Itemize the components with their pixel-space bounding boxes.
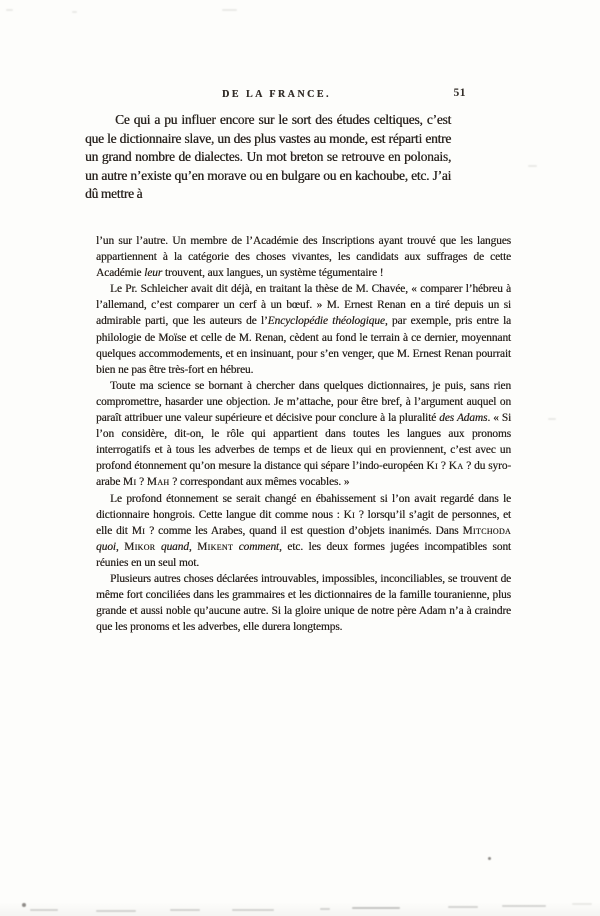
text-run-smallcaps: Ki — [426, 460, 438, 472]
text-run: ? correspondant aux mêmes vocables. » — [169, 476, 349, 488]
text-run: ? — [438, 460, 449, 472]
scan-artifact — [528, 165, 537, 167]
text-run-italic: des Adams — [439, 412, 487, 424]
running-title: DE LA FRANCE. — [85, 89, 468, 100]
text-run-smallcaps: Ka — [449, 460, 464, 472]
scan-smudge — [352, 907, 400, 909]
text-run-smallcaps: Mitchoda — [462, 525, 511, 537]
scan-speck — [488, 857, 491, 860]
paragraph: Toute ma science se bornant à chercher d… — [96, 378, 511, 491]
text-run-smallcaps: Mah — [147, 476, 170, 488]
scan-smudge — [448, 906, 478, 908]
text-run-italic: leur — [144, 267, 162, 279]
scan-smudge — [30, 909, 58, 911]
paragraph: Le profond étonnement se serait changé e… — [96, 491, 511, 571]
text-run: ? comme les Arabes, quand il est questio… — [145, 525, 462, 537]
running-head: DE LA FRANCE. 51 — [85, 89, 468, 105]
paragraph: Ce qui a pu influer encore sur le sort d… — [85, 111, 451, 204]
scan-smudge — [170, 909, 200, 911]
scan-smudge — [502, 905, 546, 907]
text-run-smallcaps: Mi — [132, 525, 145, 537]
text-run-smallcaps: Mi — [123, 476, 136, 488]
text-run: , — [116, 541, 124, 553]
text-run-smallcaps: Mikor — [124, 541, 155, 553]
text-run-smallcaps: Ki — [343, 509, 355, 521]
text-run-italic: quoi — [96, 541, 116, 553]
text-run-italic: comment — [239, 541, 279, 553]
text-run: trouvent, aux langues, un système tégume… — [162, 267, 383, 279]
main-text-block: Ce qui a pu influer encore sur le sort d… — [85, 111, 451, 204]
scan-artifact — [72, 11, 77, 13]
scan-smudge — [232, 909, 274, 911]
scan-artifact — [6, 9, 13, 11]
text-run-smallcaps: Mikent — [197, 541, 233, 553]
scan-speck — [22, 903, 26, 907]
text-run-italic: Encyclopédie théologique — [268, 315, 385, 327]
page-number: 51 — [454, 87, 467, 99]
scan-artifact — [548, 418, 556, 420]
text-run: ? — [136, 476, 146, 488]
text-run: Ce qui a pu influer encore sur le sort d… — [85, 112, 451, 201]
scan-smudge — [96, 910, 136, 912]
text-run: Plusieurs autres choses déclarées introu… — [96, 573, 511, 633]
scan-smudge — [572, 903, 592, 905]
paragraph: Plusieurs autres choses déclarées introu… — [96, 571, 511, 635]
scan-artifact — [222, 9, 237, 11]
text-run: , — [189, 541, 197, 553]
paragraph: l’un sur l’autre. Un membre de l’Académi… — [96, 233, 511, 281]
text-run-italic: quand — [161, 541, 189, 553]
scan-smudge — [320, 908, 330, 910]
footnote-text-block: l’un sur l’autre. Un membre de l’Académi… — [96, 233, 511, 635]
scanned-book-page: DE LA FRANCE. 51 Ce qui a pu influer enc… — [0, 0, 600, 916]
paragraph: Le Pr. Schleicher avait dit déjà, en tra… — [96, 281, 511, 378]
